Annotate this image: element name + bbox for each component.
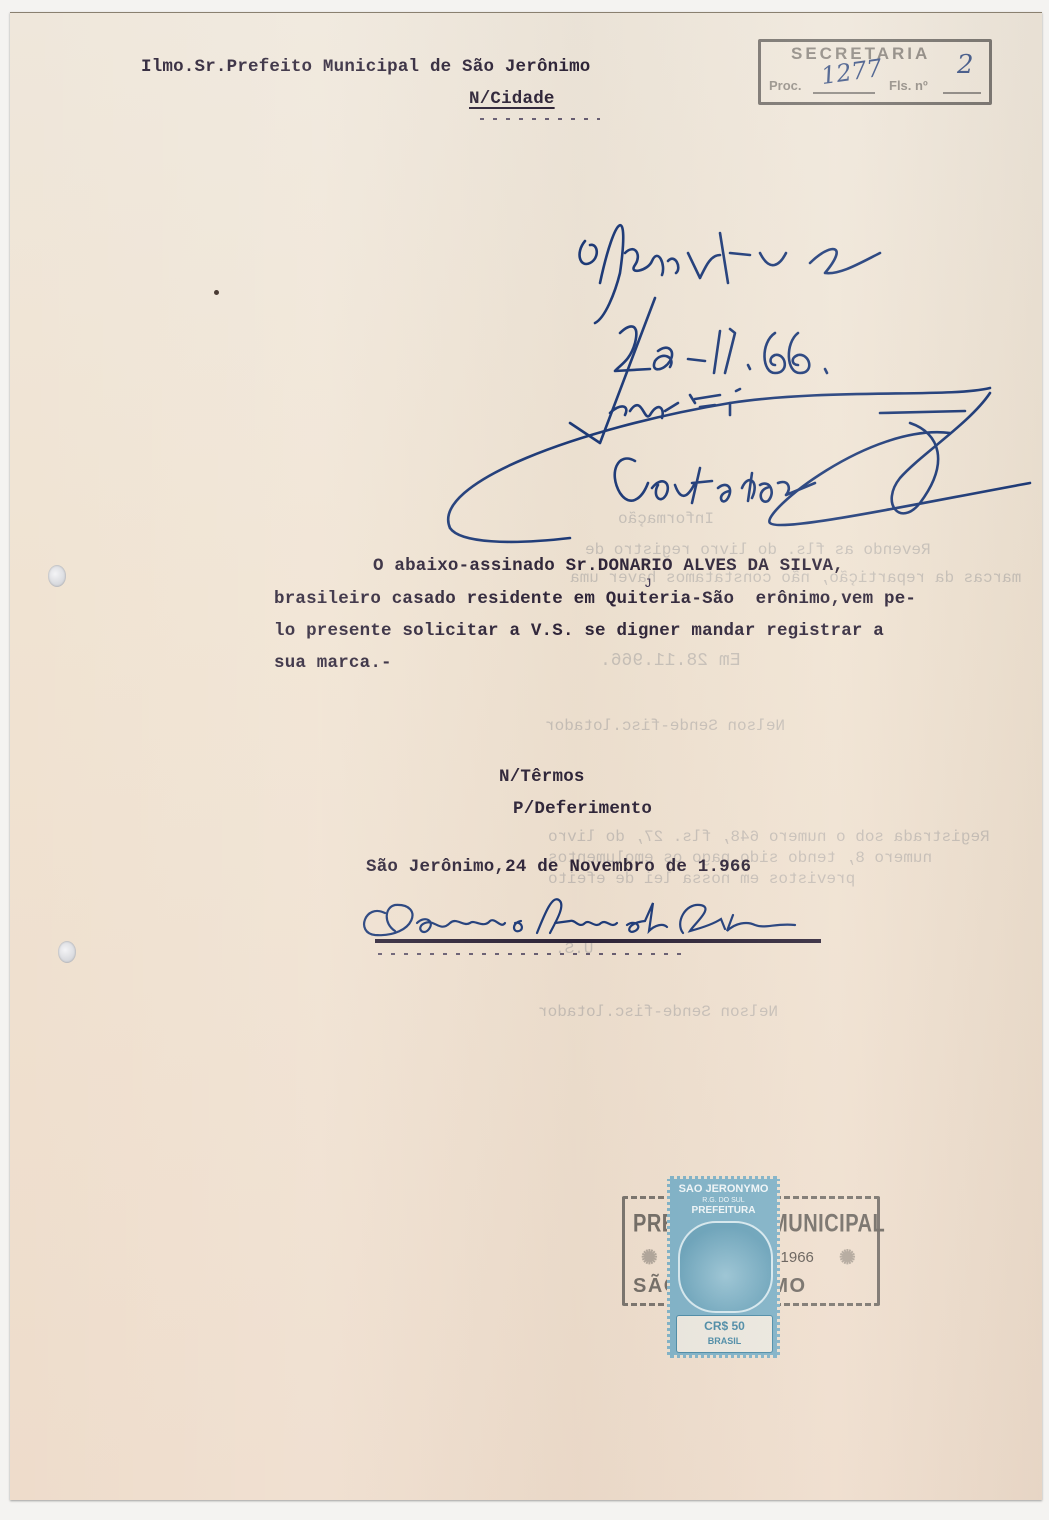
header-dots — [480, 118, 600, 120]
bleed-signer1: Nelson Sende-fisc.lotador — [545, 717, 785, 735]
body-line-2-correction: J — [644, 576, 652, 591]
closing-line-1: N/Têrmos — [499, 767, 585, 787]
body-line-1: O abaixo-assinado Sr.DONARIO ALVES DA SI… — [373, 556, 844, 576]
body-line-2: brasileiro casado residente em Quiteria-… — [274, 589, 916, 609]
municipal-stamp-ornament-left: ✺ — [641, 1245, 658, 1270]
annotation-strokes-icon — [430, 183, 1030, 543]
signature-strokes-icon — [355, 893, 835, 953]
revenue-stamp-top2: R.G. DO SUL — [670, 1197, 777, 1204]
revenue-stamp-value-panel: CR$ 50 BRASIL — [676, 1315, 773, 1353]
handwritten-annotation — [430, 183, 1030, 543]
fls-line — [943, 92, 981, 94]
addressee-line: Ilmo.Sr.Prefeito Municipal de São Jerôni… — [141, 57, 590, 77]
fls-number: 2 — [957, 50, 974, 80]
proc-label: Proc. — [769, 78, 802, 93]
revenue-stamp-emblem — [678, 1221, 773, 1313]
fls-label: Fls. nº — [889, 78, 928, 93]
bleed-signer2: Nelson Sende-fisc.lotador — [538, 1003, 778, 1021]
body-line-4: sua marca.- — [274, 653, 392, 673]
bleed-date: Em 28.11.966. — [600, 651, 740, 671]
punch-hole-bottom — [58, 941, 76, 963]
revenue-stamp-top1: SAO JERONYMO — [670, 1183, 777, 1195]
revenue-stamp-top3: PREFEITURA — [670, 1205, 777, 1216]
applicant-signature — [355, 893, 835, 953]
addressee-city: N/Cidade — [469, 89, 555, 109]
revenue-stamp-value: CR$ 50 — [677, 1319, 772, 1333]
bleed-reg-line1: Registrada sob o numero 648, fls. 27, do… — [548, 828, 990, 846]
closing-line-2: P/Deferimento — [513, 799, 652, 819]
ink-speck — [214, 290, 219, 295]
body-line-3: lo presente solicitar a V.S. se digner m… — [274, 621, 884, 641]
proc-line — [813, 92, 875, 94]
revenue-stamp: SAO JERONYMO R.G. DO SUL PREFEITURA CR$ … — [667, 1176, 780, 1358]
revenue-stamp-country: BRASIL — [677, 1336, 772, 1346]
punch-hole-top — [48, 565, 66, 587]
municipal-stamp-ornament-right: ✺ — [839, 1245, 856, 1270]
document-page: Ilmo.Sr.Prefeito Municipal de São Jerôni… — [10, 12, 1042, 1500]
secretaria-stamp: SECRETARIA Proc. Fls. nº 1277 2 — [758, 39, 992, 105]
signature-dots — [378, 953, 688, 955]
place-date: São Jerônimo,24 de Novembro de 1.966 — [366, 857, 751, 877]
